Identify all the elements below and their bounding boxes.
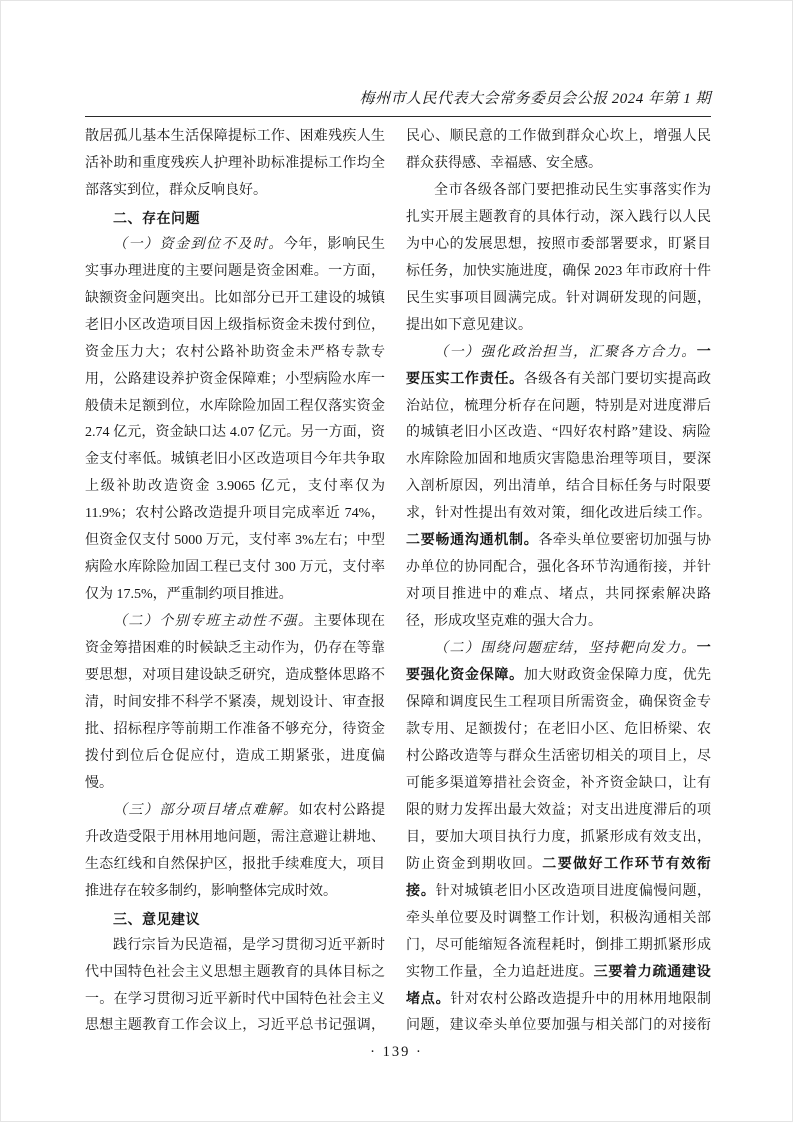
paragraph-continuation: 民心、顺民意的工作做到群众心坎上，增强人民群众获得感、幸福感、安全感。: [406, 124, 711, 178]
paragraph-problem-2: （二）个别专班主动性不强。主要体现在资金筹措困难的时候缺乏主动作为，仍存在等靠要…: [85, 609, 385, 798]
body-text: 全市各级各部门要把推动民生实事落实作为扎实开展主题教育的具体行动，深入践行以人民…: [406, 183, 711, 333]
gazette-page: 梅州市人民代表大会常务委员会公报 2024 年第 1 期 散居孤儿基本生活保障提…: [0, 0, 793, 1122]
paragraph-problem-3: （三）部分项目堵点难解。如农村公路提升改造受限于用林用地问题，需注意避让耕地、生…: [85, 798, 385, 906]
subheading-kai: （二）围绕问题症结，坚持靶向发力。: [434, 641, 697, 656]
body-text: 民心、顺民意的工作做到群众心坎上，增强人民群众获得感、幸福感、安全感。: [406, 129, 711, 171]
paragraph-suggestion-1: （一）强化政治担当，汇聚各方合力。一要压实工作责任。各级各有关部门要切实提高政治…: [406, 340, 711, 636]
paragraph-continuation: 散居孤儿基本生活保障提标工作、困难残疾人生活补助和重度残疾人护理补助标准提标工作…: [85, 124, 385, 205]
body-text: 针对农村公路改造提升中的用林用地限制问题，建议牵头单位要加强与相关部门的对接衔接…: [406, 992, 711, 1044]
section-heading-problems: 二、存在问题: [85, 205, 385, 232]
subheading-kai: （一）强化政治担当，汇聚各方合力。: [434, 345, 697, 360]
paragraph-suggestion-2: （二）围绕问题症结，坚持靶向发力。一要强化资金保障。加大财政资金保障力度，优先保…: [406, 636, 711, 1043]
section-heading-suggestions: 三、意见建议: [85, 906, 385, 933]
body-text: 主要体现在资金筹措困难的时候缺乏主动作为，仍存在等靠要思想，对项目建设缺乏研究，…: [85, 614, 385, 791]
body-text: 今年，影响民生实事办理进度的主要问题是资金困难。一方面，缺额资金问题突出。比如部…: [85, 237, 385, 602]
body-text: 践行宗旨为民造福，是学习贯彻习近平新时代中国特色社会主义思想主题教育的具体目标之…: [85, 938, 385, 1043]
body-text: 各级各有关部门要切实提高政治站位，梳理分析存在问题，特别是对进度滞后的城镇老旧小…: [406, 372, 711, 522]
subheading-kai: （一）资金到位不及时。: [113, 237, 284, 252]
left-column: 散居孤儿基本生活保障提标工作、困难残疾人生活补助和重度残疾人护理补助标准提标工作…: [85, 124, 385, 1043]
bold-point: 二要畅通沟通机制。: [406, 533, 538, 548]
page-number: · 139 ·: [370, 1044, 423, 1060]
paragraph-problem-1: （一）资金到位不及时。今年，影响民生实事办理进度的主要问题是资金困难。一方面，缺…: [85, 232, 385, 609]
body-text: 加大财政资金保障力度，优先保障和调度民生工程项目所需资金，确保资金专款专用、足额…: [406, 668, 711, 872]
journal-header-title: 梅州市人民代表大会常务委员会公报 2024 年第 1 期: [85, 87, 711, 108]
right-column: 民心、顺民意的工作做到群众心坎上，增强人民群众获得感、幸福感、安全感。 全市各级…: [406, 124, 711, 1043]
page-footer: · 139 ·: [1, 1044, 792, 1061]
subheading-kai: （三）部分项目堵点难解。: [113, 803, 299, 818]
subheading-kai: （二）个别专班主动性不强。: [113, 614, 313, 629]
two-column-body: 散居孤儿基本生活保障提标工作、困难残疾人生活补助和重度残疾人护理补助标准提标工作…: [85, 124, 711, 1043]
paragraph-suggestions-intro: 践行宗旨为民造福，是学习贯彻习近平新时代中国特色社会主义思想主题教育的具体目标之…: [85, 933, 385, 1043]
paragraph-citywide-action: 全市各级各部门要把推动民生实事落实作为扎实开展主题教育的具体行动，深入践行以人民…: [406, 178, 711, 340]
body-text: 散居孤儿基本生活保障提标工作、困难残疾人生活补助和重度残疾人护理补助标准提标工作…: [85, 129, 385, 198]
header-rule: [85, 116, 711, 117]
